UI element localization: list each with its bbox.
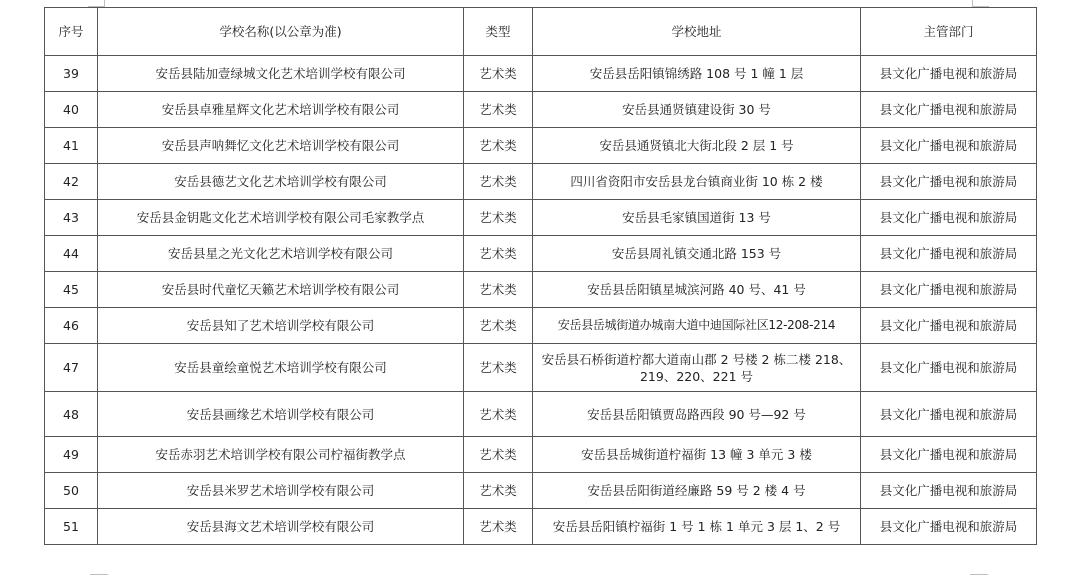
table-row: 44 安岳县星之光文化艺术培训学校有限公司 艺术类 安岳县周礼镇交通北路 153…: [45, 236, 1037, 272]
cell-school-name: 安岳县陆加壹绿城文化艺术培训学校有限公司: [98, 56, 464, 92]
cell-school-name: 安岳县声呐舞忆文化艺术培训学校有限公司: [98, 128, 464, 164]
cell-department: 县文化广播电视和旅游局: [861, 272, 1037, 308]
cell-type: 艺术类: [464, 56, 533, 92]
cell-type: 艺术类: [464, 200, 533, 236]
cell-school-name: 安岳县海文艺术培训学校有限公司: [98, 509, 464, 545]
cell-address: 安岳县岳阳镇柠福街 1 号 1 栋 1 单元 3 层 1、2 号: [533, 509, 861, 545]
cell-no: 46: [45, 308, 98, 344]
cell-department: 县文化广播电视和旅游局: [861, 92, 1037, 128]
cell-no: 49: [45, 437, 98, 473]
cell-address: 四川省资阳市安岳县龙台镇商业街 10 栋 2 楼: [533, 164, 861, 200]
cell-type: 艺术类: [464, 344, 533, 392]
header-school-name: 学校名称(以公章为准): [98, 8, 464, 56]
cell-type: 艺术类: [464, 164, 533, 200]
cell-address: 安岳县岳阳镇星城滨河路 40 号、41 号: [533, 272, 861, 308]
header-address: 学校地址: [533, 8, 861, 56]
cell-school-name: 安岳县德艺文化艺术培训学校有限公司: [98, 164, 464, 200]
cell-no: 40: [45, 92, 98, 128]
cell-department: 县文化广播电视和旅游局: [861, 308, 1037, 344]
cell-type: 艺术类: [464, 92, 533, 128]
table-row: 49 安岳赤羽艺术培训学校有限公司柠福街教学点 艺术类 安岳县岳城街道柠福街 1…: [45, 437, 1037, 473]
table-row: 48 安岳县画缘艺术培训学校有限公司 艺术类 安岳县岳阳镇贾岛路西段 90 号—…: [45, 392, 1037, 437]
cell-department: 县文化广播电视和旅游局: [861, 473, 1037, 509]
cell-no: 47: [45, 344, 98, 392]
table-row: 39 安岳县陆加壹绿城文化艺术培训学校有限公司 艺术类 安岳县岳阳镇锦绣路 10…: [45, 56, 1037, 92]
cell-type: 艺术类: [464, 308, 533, 344]
cell-department: 县文化广播电视和旅游局: [861, 437, 1037, 473]
cell-no: 39: [45, 56, 98, 92]
cell-school-name: 安岳县金钥匙文化艺术培训学校有限公司毛家教学点: [98, 200, 464, 236]
cell-school-name: 安岳县知了艺术培训学校有限公司: [98, 308, 464, 344]
cell-type: 艺术类: [464, 437, 533, 473]
cell-no: 43: [45, 200, 98, 236]
cell-address: 安岳县毛家镇国道街 13 号: [533, 200, 861, 236]
cell-address: 安岳县岳阳镇锦绣路 108 号 1 幢 1 层: [533, 56, 861, 92]
cell-department: 县文化广播电视和旅游局: [861, 236, 1037, 272]
table-row: 43 安岳县金钥匙文化艺术培训学校有限公司毛家教学点 艺术类 安岳县毛家镇国道街…: [45, 200, 1037, 236]
cell-department: 县文化广播电视和旅游局: [861, 200, 1037, 236]
school-list-table: 序号 学校名称(以公章为准) 类型 学校地址 主管部门 39 安岳县陆加壹绿城文…: [44, 7, 1037, 545]
cell-no: 48: [45, 392, 98, 437]
cell-no: 51: [45, 509, 98, 545]
cell-address: 安岳县岳阳镇贾岛路西段 90 号—92 号: [533, 392, 861, 437]
header-no: 序号: [45, 8, 98, 56]
table-row: 45 安岳县时代童忆天籁艺术培训学校有限公司 艺术类 安岳县岳阳镇星城滨河路 4…: [45, 272, 1037, 308]
cell-department: 县文化广播电视和旅游局: [861, 128, 1037, 164]
cell-type: 艺术类: [464, 128, 533, 164]
header-row: 序号 学校名称(以公章为准) 类型 学校地址 主管部门: [45, 8, 1037, 56]
cell-address: 安岳县岳城街道办城南大道中迪国际社区12-208-214: [533, 308, 861, 344]
cell-address: 安岳县岳阳街道经廉路 59 号 2 楼 4 号: [533, 473, 861, 509]
crop-mark-bottom-right: [970, 574, 988, 575]
table-row: 47 安岳县童绘童悦艺术培训学校有限公司 艺术类 安岳县石桥街道柠都大道南山郡 …: [45, 344, 1037, 392]
table-row: 46 安岳县知了艺术培训学校有限公司 艺术类 安岳县岳城街道办城南大道中迪国际社…: [45, 308, 1037, 344]
cell-school-name: 安岳赤羽艺术培训学校有限公司柠福街教学点: [98, 437, 464, 473]
cell-address: 安岳县石桥街道柠都大道南山郡 2 号楼 2 栋二楼 218、219、220、22…: [533, 344, 861, 392]
cell-department: 县文化广播电视和旅游局: [861, 392, 1037, 437]
cell-department: 县文化广播电视和旅游局: [861, 56, 1037, 92]
cell-address: 安岳县通贤镇建设街 30 号: [533, 92, 861, 128]
cell-school-name: 安岳县米罗艺术培训学校有限公司: [98, 473, 464, 509]
cell-address: 安岳县岳城街道柠福街 13 幢 3 单元 3 楼: [533, 437, 861, 473]
header-type: 类型: [464, 8, 533, 56]
cell-no: 42: [45, 164, 98, 200]
cell-type: 艺术类: [464, 272, 533, 308]
cell-school-name: 安岳县时代童忆天籁艺术培训学校有限公司: [98, 272, 464, 308]
cell-no: 45: [45, 272, 98, 308]
table-row: 40 安岳县卓雅星辉文化艺术培训学校有限公司 艺术类 安岳县通贤镇建设街 30 …: [45, 92, 1037, 128]
cell-no: 41: [45, 128, 98, 164]
cell-no: 44: [45, 236, 98, 272]
cell-type: 艺术类: [464, 392, 533, 437]
cell-department: 县文化广播电视和旅游局: [861, 164, 1037, 200]
header-department: 主管部门: [861, 8, 1037, 56]
cell-department: 县文化广播电视和旅游局: [861, 344, 1037, 392]
table-row: 50 安岳县米罗艺术培训学校有限公司 艺术类 安岳县岳阳街道经廉路 59 号 2…: [45, 473, 1037, 509]
cell-type: 艺术类: [464, 509, 533, 545]
table-row: 51 安岳县海文艺术培训学校有限公司 艺术类 安岳县岳阳镇柠福街 1 号 1 栋…: [45, 509, 1037, 545]
cell-school-name: 安岳县画缘艺术培训学校有限公司: [98, 392, 464, 437]
cell-school-name: 安岳县卓雅星辉文化艺术培训学校有限公司: [98, 92, 464, 128]
crop-mark-bottom-left: [90, 574, 108, 575]
cell-type: 艺术类: [464, 236, 533, 272]
cell-no: 50: [45, 473, 98, 509]
table-row: 41 安岳县声呐舞忆文化艺术培训学校有限公司 艺术类 安岳县通贤镇北大街北段 2…: [45, 128, 1037, 164]
cell-school-name: 安岳县星之光文化艺术培训学校有限公司: [98, 236, 464, 272]
cell-address: 安岳县通贤镇北大街北段 2 层 1 号: [533, 128, 861, 164]
table-row: 42 安岳县德艺文化艺术培训学校有限公司 艺术类 四川省资阳市安岳县龙台镇商业街…: [45, 164, 1037, 200]
cell-school-name: 安岳县童绘童悦艺术培训学校有限公司: [98, 344, 464, 392]
cell-type: 艺术类: [464, 473, 533, 509]
cell-department: 县文化广播电视和旅游局: [861, 509, 1037, 545]
cell-address: 安岳县周礼镇交通北路 153 号: [533, 236, 861, 272]
